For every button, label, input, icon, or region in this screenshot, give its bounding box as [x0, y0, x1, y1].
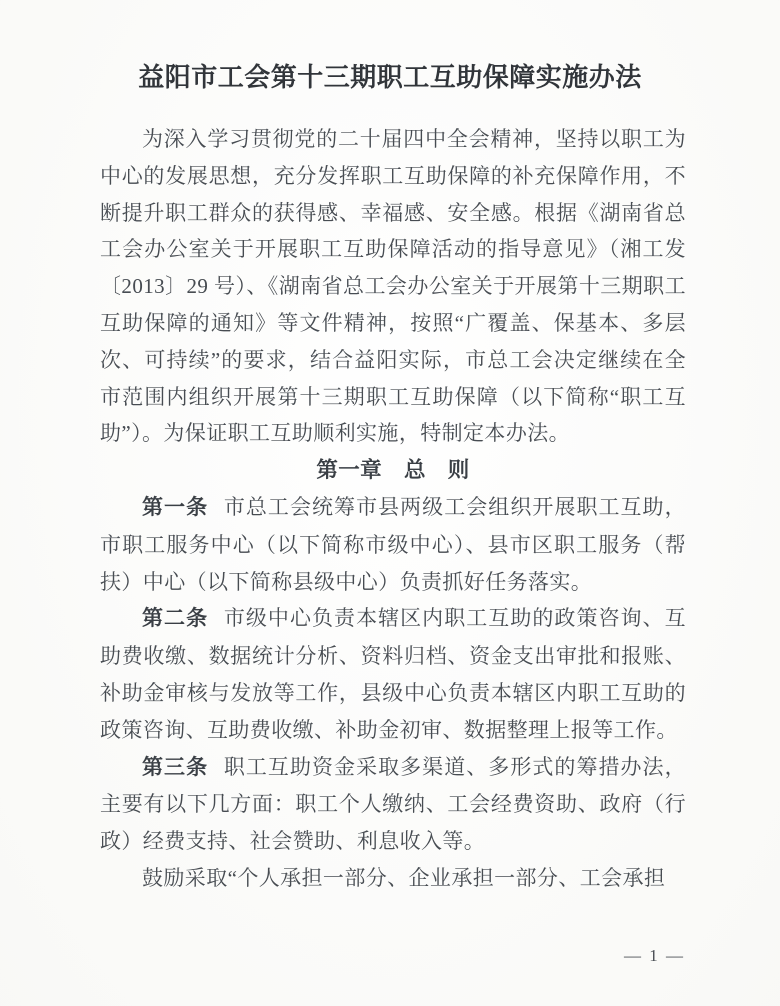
article-one-label: 第一条	[142, 496, 208, 519]
document-page: 益阳市工会第十三期职工互助保障实施办法 为深入学习贯彻党的二十届四中全会精神，坚…	[0, 0, 780, 1006]
article-three-paragraph: 第三条职工互助资金采取多渠道、多形式的筹措办法，主要有以下几方面：职工个人缴纳、…	[100, 749, 686, 860]
document-title: 益阳市工会第十三期职工互助保障实施办法	[0, 57, 780, 94]
article-three-label: 第三条	[142, 756, 208, 779]
article-one-paragraph: 第一条市总工会统筹市县两级工会组织开展职工互助，市职工服务中心（以下简称市级中心…	[100, 489, 686, 600]
chapter-one-heading: 第一章 总 则	[100, 452, 686, 489]
article-two-label: 第二条	[142, 607, 208, 630]
page-number: — 1 —	[624, 946, 685, 966]
document-body: 为深入学习贯彻党的二十届四中全会精神，坚持以职工为中心的发展思想，充分发挥职工互…	[100, 121, 686, 897]
intro-paragraph: 为深入学习贯彻党的二十届四中全会精神，坚持以职工为中心的发展思想，充分发挥职工互…	[100, 121, 686, 452]
article-two-paragraph: 第二条市级中心负责本辖区内职工互助的政策咨询、互助费收缴、数据统计分析、资料归档…	[100, 600, 686, 748]
continuation-paragraph: 鼓励采取“个人承担一部分、企业承担一部分、工会承担	[100, 860, 686, 897]
